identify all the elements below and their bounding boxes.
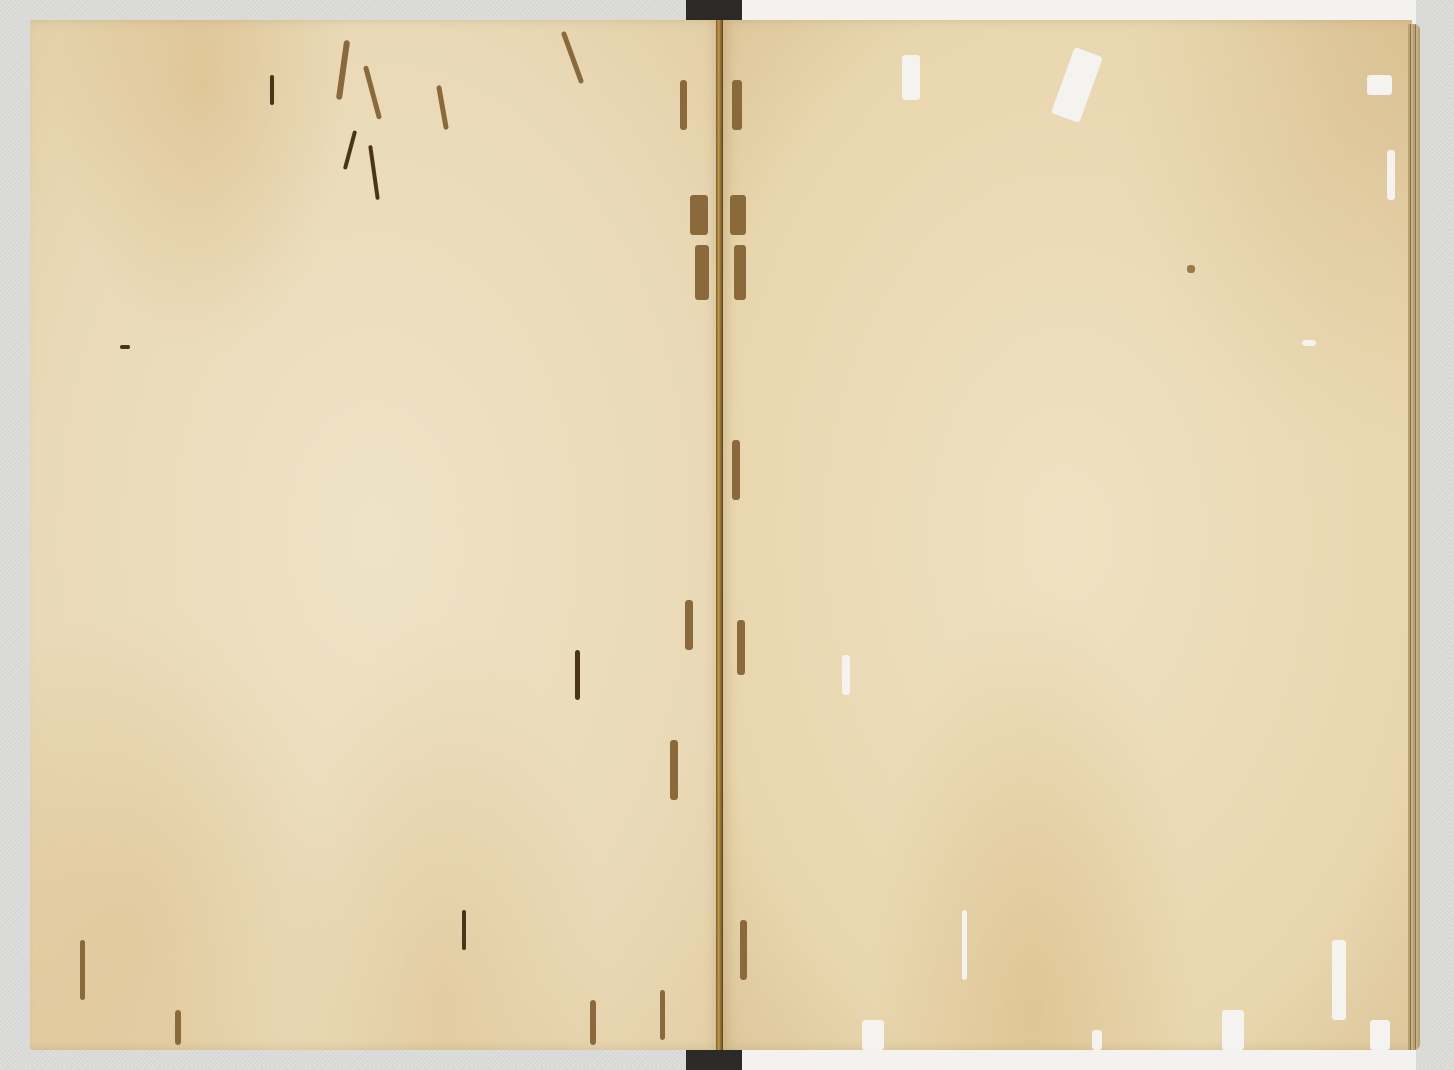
worm-hole — [740, 920, 747, 980]
paper-loss — [1387, 150, 1395, 200]
left-page — [30, 20, 720, 1050]
worm-hole — [685, 600, 693, 650]
paper-loss — [1367, 75, 1392, 95]
paper-loss — [1092, 1030, 1102, 1050]
right-page — [722, 20, 1412, 1050]
book-spine — [716, 20, 723, 1050]
worm-hole — [368, 145, 380, 200]
worm-hole — [732, 80, 742, 130]
paper-loss — [862, 1020, 884, 1050]
worm-hole — [363, 65, 382, 119]
worm-hole — [175, 1010, 181, 1045]
paper-loss — [1222, 1010, 1244, 1050]
paper-loss — [1332, 940, 1346, 1020]
worm-hole — [690, 195, 708, 235]
stain-spot — [1187, 265, 1195, 273]
worm-hole — [462, 910, 466, 950]
worm-hole — [120, 345, 130, 349]
worm-hole — [734, 245, 746, 300]
worm-hole — [680, 80, 687, 130]
paper-loss — [1051, 47, 1103, 123]
worm-hole — [730, 195, 746, 235]
paper-loss — [842, 655, 850, 695]
worm-hole — [436, 85, 449, 130]
paper-loss — [1370, 1020, 1390, 1050]
worm-hole — [575, 650, 580, 700]
worm-hole — [695, 245, 709, 300]
worm-hole — [590, 1000, 596, 1045]
worm-hole — [660, 990, 665, 1040]
paper-loss — [902, 55, 920, 100]
worm-hole — [270, 75, 274, 105]
worm-hole — [561, 31, 585, 84]
worm-hole — [732, 440, 740, 500]
worm-hole — [670, 740, 678, 800]
worm-hole — [80, 940, 85, 1000]
worm-hole — [343, 130, 357, 170]
photo-scene — [0, 0, 1454, 1070]
worm-hole — [737, 620, 745, 675]
paper-loss — [1302, 340, 1316, 346]
paper-loss — [962, 910, 967, 980]
worm-hole — [336, 40, 350, 100]
page-edges — [1408, 24, 1420, 1050]
